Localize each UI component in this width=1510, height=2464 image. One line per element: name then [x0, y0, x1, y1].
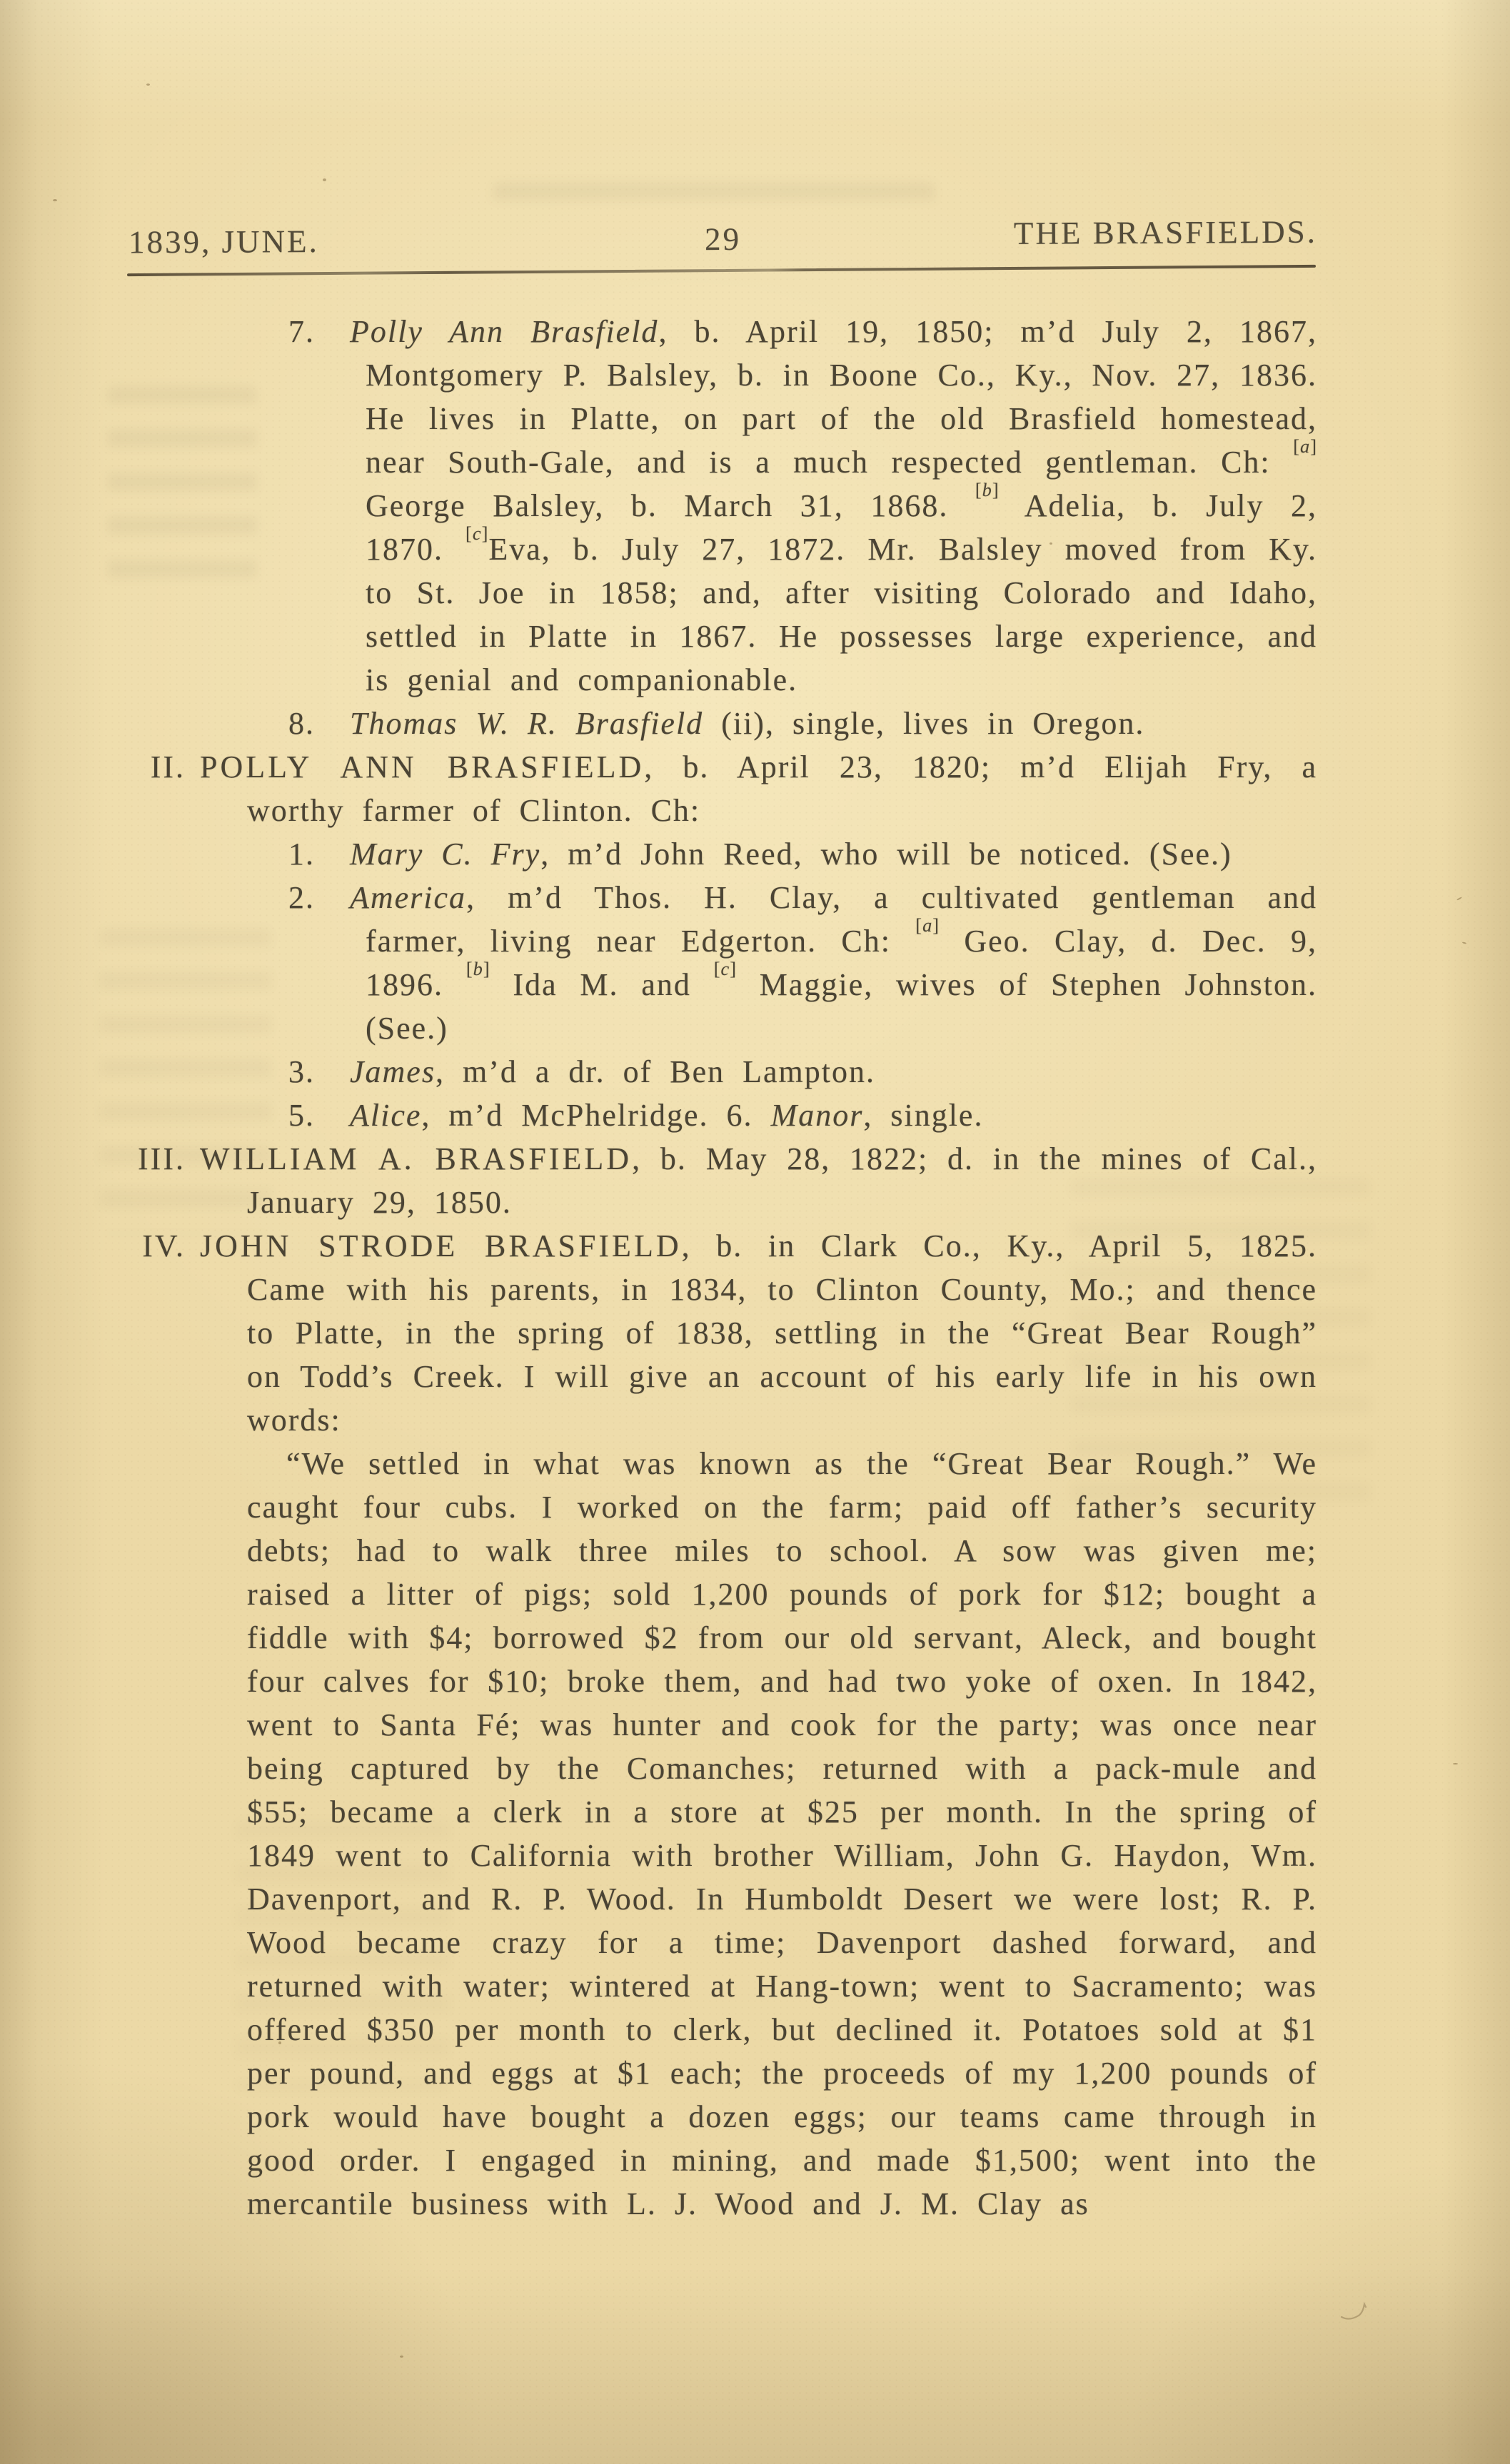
scan-speck: [1453, 1763, 1458, 1764]
entry-i-child-7: 7.Polly Ann Brasfield, b. April 19, 1850…: [129, 310, 1317, 702]
entry-i-child-8: 8.Thomas W. R. Brasfield (ii), single, l…: [129, 702, 1317, 745]
scan-speck: [146, 84, 150, 86]
item-label: 2.: [288, 876, 350, 919]
superscript-ref-mark: [a]: [1293, 435, 1317, 457]
item-label: 7.: [288, 310, 350, 353]
scan-speck: [53, 199, 57, 201]
italic-name-text: James: [350, 1054, 436, 1089]
entry-name-caps: JOHN STRODE BRASFIELD: [200, 1228, 682, 1263]
body-text: Eva, b. July 27, 1872. Mr. Balsley moved…: [366, 532, 1317, 697]
quote-paragraph: “We settled in what was known as the “Gr…: [129, 1442, 1317, 2226]
scan-speck: [400, 2356, 403, 2358]
body-text: , m’d McPhelridge. 6.: [421, 1098, 770, 1133]
entry-iv: IV.JOHN STRODE BRASFIELD, b. in Clark Co…: [129, 1224, 1317, 1442]
superscript-ref-mark: [b]: [975, 479, 1000, 500]
item-label: 5.: [288, 1094, 350, 1137]
text-block: 7.Polly Ann Brasfield, b. April 19, 1850…: [129, 310, 1317, 2226]
italic-name-text: Mary C. Fry: [350, 837, 540, 872]
body-text: George Balsley, b. March 31, 1868.: [366, 488, 975, 523]
italic-name-text: Thomas W. R. Brasfield: [350, 706, 703, 741]
italic-name-text: America: [350, 880, 466, 915]
entry-ii-child-3: 3.James, m’d a dr. of Ben Lampton.: [129, 1050, 1317, 1094]
superscript-ref-mark: [c]: [714, 958, 737, 979]
scan-speck: [1462, 941, 1466, 944]
body-text: , single.: [863, 1098, 983, 1133]
italic-name-text: Manor: [771, 1098, 864, 1133]
entry-name-caps: POLLY ANN BRASFIELD: [200, 749, 644, 784]
scan-speck: [323, 178, 326, 181]
superscript-ref-mark: [a]: [915, 914, 940, 936]
entry-ii-child-2: 2.America, m’d Thos. H. Clay, a cultivat…: [129, 876, 1317, 1050]
pen-squiggle-mark: [1339, 2300, 1376, 2324]
italic-name-text: Alice: [350, 1098, 421, 1133]
superscript-ref-mark: [c]: [465, 522, 488, 544]
running-head-title: THE BRASFIELDS.: [1014, 213, 1317, 252]
entry-name-caps: WILLIAM A. BRASFIELD: [200, 1141, 632, 1176]
scanned-book-page: 1839, JUNE. 29 THE BRASFIELDS. 7.Polly A…: [0, 0, 1510, 2464]
body-text: , m’d a dr. of Ben Lampton.: [436, 1054, 875, 1089]
item-label: 1.: [288, 832, 350, 876]
superscript-ref-mark: [b]: [466, 958, 490, 979]
item-label: 8.: [288, 702, 350, 745]
entry-ii: II.POLLY ANN BRASFIELD, b. April 23, 182…: [129, 745, 1317, 832]
body-text: Ida M. and: [490, 967, 714, 1002]
item-label: IV.: [129, 1224, 186, 1268]
body-text: “We settled in what was known as the “Gr…: [247, 1446, 1317, 2221]
body-text: , m’d John Reed, who will be noticed. (S…: [540, 837, 1232, 872]
entry-ii-child-5: 5.Alice, m’d McPhelridge. 6. Manor, sing…: [129, 1094, 1317, 1137]
item-label: II.: [129, 745, 186, 789]
body-text: (ii), single, lives in Oregon.: [703, 706, 1144, 741]
item-label: 3.: [288, 1050, 350, 1094]
scan-speck: [1456, 897, 1462, 901]
entry-ii-child-1: 1.Mary C. Fry, m’d John Reed, who will b…: [129, 832, 1317, 876]
item-label: III.: [129, 1137, 186, 1181]
entry-iii: III.WILLIAM A. BRASFIELD, b. May 28, 182…: [129, 1137, 1317, 1224]
header-rule: [127, 265, 1316, 276]
running-head: 1839, JUNE. 29 THE BRASFIELDS.: [129, 213, 1317, 263]
italic-name-text: Polly Ann Brasfield: [350, 314, 658, 349]
